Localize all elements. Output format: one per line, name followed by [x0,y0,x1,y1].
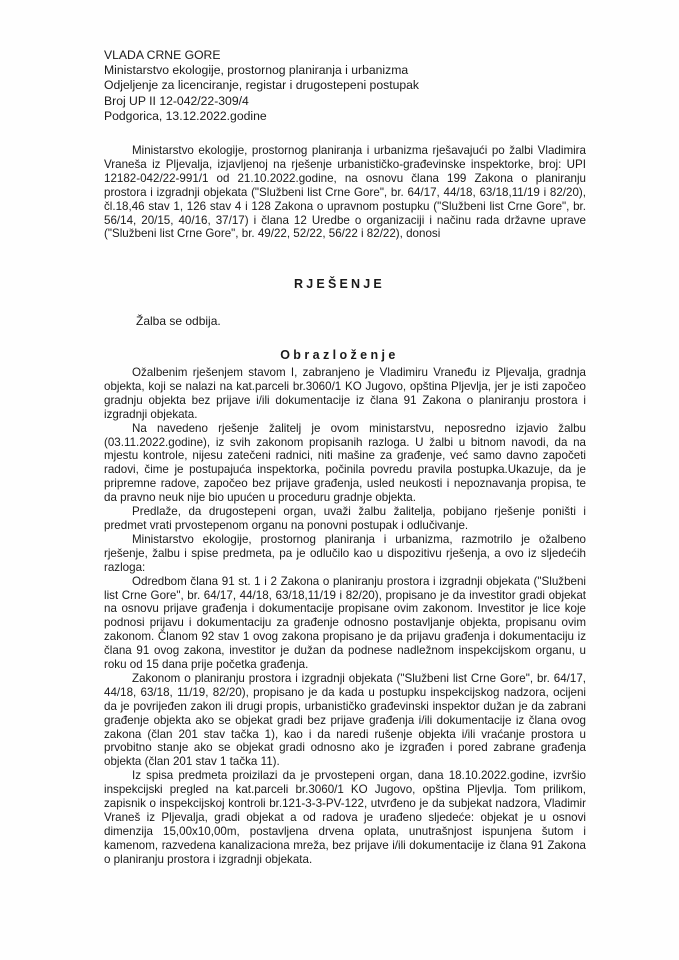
department-name: Odjeljenje za licenciranje, registar i d… [104,78,419,93]
decision-title: RJEŠENJE [0,277,679,291]
reasoning-paragraph: Odredbom člana 91 st. 1 i 2 Zakona o pla… [104,575,586,672]
decision-dispositive: Žalba se odbija. [136,314,221,328]
reasoning-paragraph: Na navedeno rješenje žalitelj je ovom mi… [104,422,586,505]
intro-section: Ministarstvo ekologije, prostornog plani… [104,144,586,241]
reasoning-paragraph: Zakonom o planiranju prostora i izgradnj… [104,672,586,769]
reference-number: Broj UP II 12-042/22-309/4 [104,94,419,109]
place-and-date: Podgorica, 13.12.2022.godine [104,109,419,124]
reasoning-paragraph: Ožalbenim rješenjem stavom I, zabranjeno… [104,366,586,422]
reasoning-paragraph: Ministarstvo ekologije, prostornog plani… [104,533,586,575]
reasoning-paragraph: Iz spisa predmeta proizilazi da je prvos… [104,769,586,866]
document-page: VLADA CRNE GORE Ministarstvo ekologije, … [0,0,679,960]
ministry-name: Ministarstvo ekologije, prostornog plani… [104,63,419,78]
document-header: VLADA CRNE GORE Ministarstvo ekologije, … [104,48,419,124]
reasoning-title: Obrazloženje [0,348,679,362]
institution-name: VLADA CRNE GORE [104,48,419,63]
reasoning-section: Ožalbenim rješenjem stavom I, zabranjeno… [104,366,586,867]
reasoning-paragraph: Predlaže, da drugostepeni organ, uvaži ž… [104,505,586,533]
intro-paragraph: Ministarstvo ekologije, prostornog plani… [104,144,586,241]
